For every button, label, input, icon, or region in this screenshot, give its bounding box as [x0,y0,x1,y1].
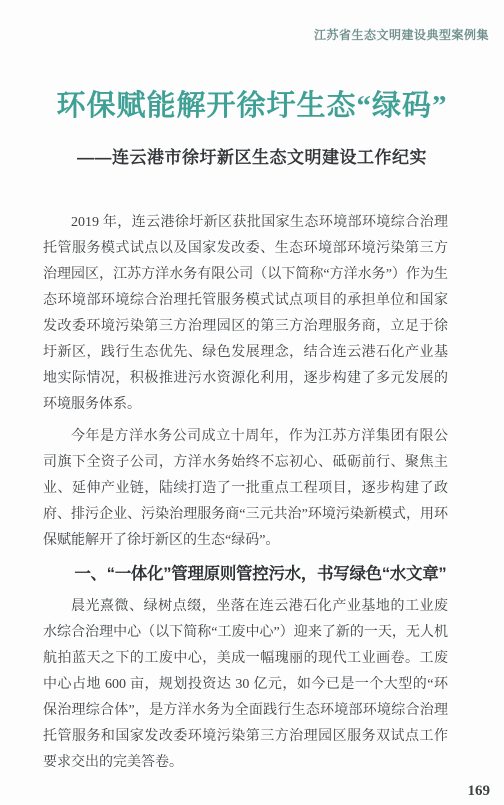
page-number: 169 [468,783,491,800]
article-title: 环保赋能解开徐圩生态“绿码” [0,83,504,124]
section-heading-1: 一、“一体化”管理原则管控污水，书写绿色“水文章” [43,561,448,587]
paragraph-2: 今年是方洋水务公司成立十周年，作为江苏方洋集团有限公司旗下全资子公司，方洋水务始… [43,424,448,554]
paragraph-3: 晨光熹微、绿树点缀，坐落在连云港石化产业基地的工业废水综合治理中心（以下简称“工… [43,594,448,776]
article-subtitle: ——连云港市徐圩新区生态文明建设工作纪实 [0,143,504,168]
book-page: 江苏省生态文明建设典型案例集 环保赋能解开徐圩生态“绿码” ——连云港市徐圩新区… [0,0,504,805]
paragraph-1: 2019 年，连云港徐圩新区获批国家生态环境部环境综合治理托管服务模式试点以及国… [43,210,448,418]
running-head: 江苏省生态文明建设典型案例集 [0,0,504,43]
article-body: 2019 年，连云港徐圩新区获批国家生态环境部环境综合治理托管服务模式试点以及国… [43,210,448,776]
